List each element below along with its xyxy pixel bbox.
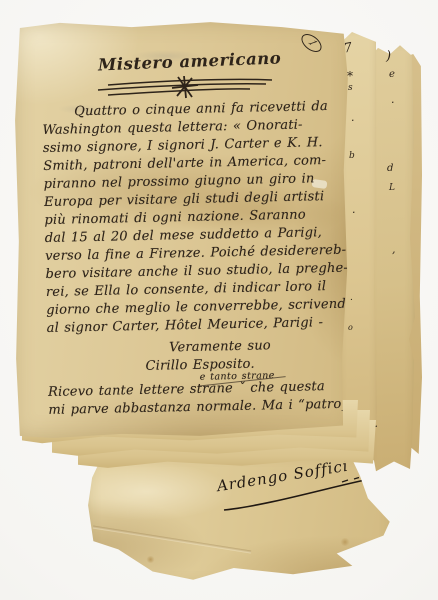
edge-ink-fragment: . — [391, 94, 395, 105]
edge-ink-fragment: , — [392, 244, 396, 255]
edge-ink-fragment: b — [349, 152, 355, 161]
bottom-signed-sheet: Ardengo Soffici — [84, 450, 396, 588]
edge-ink-fragment: e — [389, 70, 395, 80]
paper-stain — [146, 556, 155, 563]
manuscript-photo: 7 ) * e s . . b d L . , a. ià . o Ardeng… — [0, 0, 438, 600]
edge-ink-fragment: . — [350, 294, 353, 303]
paper-stain — [340, 538, 350, 546]
edge-ink-fragment: L — [389, 184, 395, 193]
page-number-badge: 1 — [298, 30, 325, 55]
letter-body: Quattro o cinque anni fa ricevetti da Wa… — [42, 98, 350, 378]
edge-ink-fragment: . — [351, 112, 355, 123]
manuscript-title: Mistero americano — [98, 49, 279, 75]
edge-ink-fragment: d — [387, 164, 393, 174]
manuscript-page-1: 1 Mistero americano Quattro o cinque ann… — [12, 20, 354, 438]
page-number-text: 1 — [305, 39, 318, 47]
edge-ink-fragment: s — [348, 84, 353, 93]
edge-ink-fragment: ) — [386, 50, 391, 63]
edge-ink-fragment: . — [352, 204, 356, 215]
edge-ink-fragment: * — [347, 70, 353, 82]
signature-flourish-icon — [222, 474, 384, 516]
edge-ink-fragment: o — [348, 324, 353, 332]
paper-crease — [93, 526, 251, 554]
star-mark-icon — [172, 76, 198, 98]
